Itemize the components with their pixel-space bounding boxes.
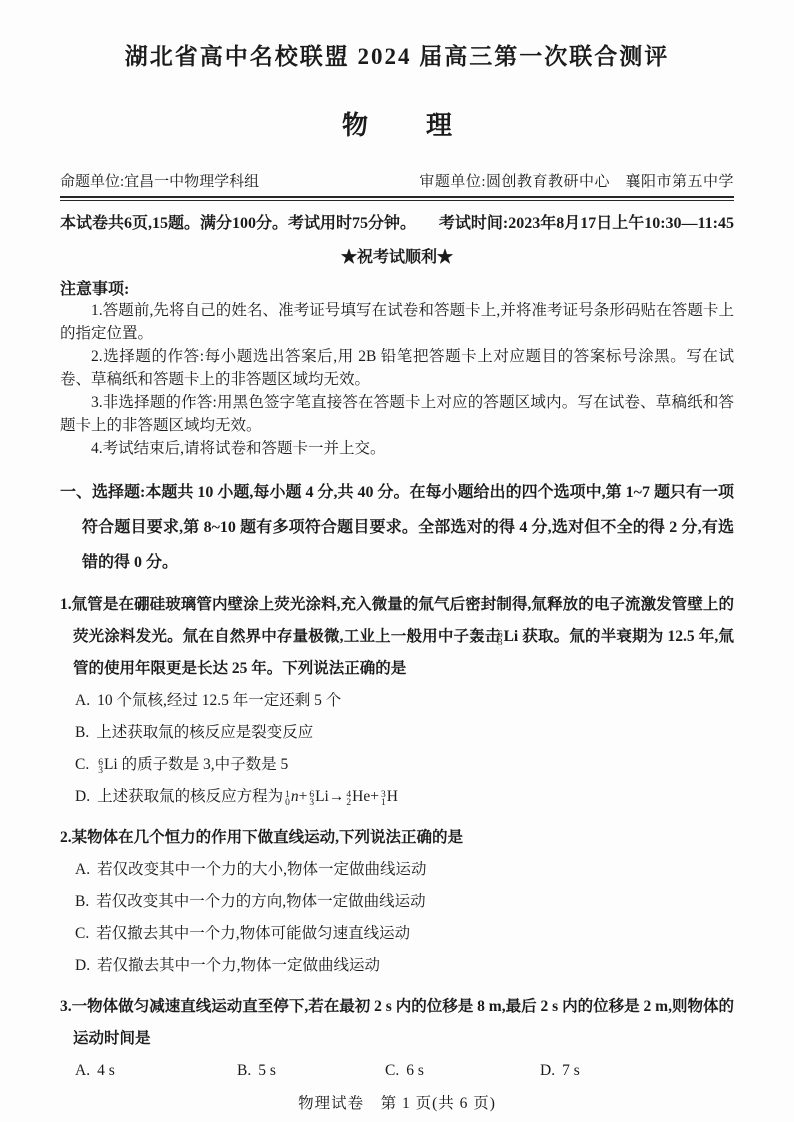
option-text: 5 s [258,1062,276,1079]
option-c: C.63Li 的质子数是 3,中子数是 5 [60,749,734,781]
nuclide-notation: 10n [283,788,299,805]
option-text: 63Li 的质子数是 3,中子数是 5 [96,756,288,773]
paper-info-row: 本试卷共6页,15题。满分100分。考试用时75分钟。 考试时间:2023年8月… [60,210,734,233]
question-number: 2. [60,829,72,846]
option-b: B.若仅改变其中一个力的方向,物体一定做曲线运动 [60,886,734,918]
option-text: 上述获取氚的核反应是裂变反应 [96,724,313,741]
option-text: 若仅改变其中一个力的大小,物体一定做曲线运动 [97,861,426,878]
option-label: A. [75,692,90,709]
subject-char-1: 物 [342,111,368,140]
option-text: 上述获取氚的核反应方程为10n+63Li→42He+31H [97,788,398,805]
option-a: A.10 个氚核,经过 12.5 年一定还剩 5 个 [60,685,734,717]
nuclide-notation: 42He [344,788,370,805]
question-stem: 3.一物体做匀减速直线运动直至停下,若在最初 2 s 内的位移是 8 m,最后 … [60,991,734,1055]
question-stem: 1.氚管是在硼硅玻璃管内壁涂上荧光涂料,充入微量的氚气后密封制得,氚释放的电子流… [60,589,734,685]
subject-char-2: 理 [426,111,452,140]
option-label: C. [385,1062,399,1079]
option-text: 6 s [406,1062,424,1079]
question-stem: 2.某物体在几个恒力的作用下做直线运动,下列说法正确的是 [60,822,734,854]
exam-paper-page: 湖北省高中名校联盟 2024 届高三第一次联合测评 物理 命题单位:宜昌一中物理… [0,0,794,1122]
setter-unit: 命题单位:宜昌一中物理学科组 [60,170,259,191]
page-footer: 物理试卷 第 1 页(共 6 页) [60,1091,734,1113]
option-d: D.若仅撤去其中一个力,物体一定做曲线运动 [60,950,734,982]
option-label: B. [75,724,89,741]
option-label: D. [540,1062,555,1079]
option-c: C.6 s [385,1055,540,1087]
option-text: 10 个氚核,经过 12.5 年一定还剩 5 个 [97,692,341,709]
notice-heading: 注意事项: [60,276,734,299]
option-label: A. [75,1062,90,1079]
notice-item: 4.考试结束后,请将试卷和答题卡一并上交。 [60,437,734,460]
nuclide-notation: 63Li [96,756,118,773]
options-row: A.4 sB.5 sC.6 sD.7 s [60,1055,734,1087]
question-number: 3. [60,998,72,1015]
reviewer-unit: 审题单位:圆创教育教研中心 襄阳市第五中学 [419,170,734,191]
nuclide-notation: 63Li [501,628,519,645]
question-stem-text: 氚管是在硼硅玻璃管内壁涂上荧光涂料,充入微量的氚气后密封制得,氚释放的电子流激发… [72,596,734,677]
option-label: D. [75,957,90,974]
option-text: 若仅改变其中一个力的方向,物体一定做曲线运动 [96,893,425,910]
option-text: 若仅撤去其中一个力,物体可能做匀速直线运动 [96,925,410,942]
notice-item: 3.非选择题的作答:用黑色签字笔直接答在答题卡上对应的答题区域内。写在试卷、草稿… [60,391,734,437]
unit-row: 命题单位:宜昌一中物理学科组 审题单位:圆创教育教研中心 襄阳市第五中学 [60,170,734,191]
question-stem-text: 一物体做匀减速直线运动直至停下,若在最初 2 s 内的位移是 8 m,最后 2 … [72,998,734,1047]
question-stem-text: 某物体在几个恒力的作用下做直线运动,下列说法正确的是 [72,829,463,846]
option-label: C. [75,756,89,773]
option-a: A.4 s [75,1055,237,1087]
notice-item: 2.选择题的作答:每小题选出答案后,用 2B 铅笔把答题卡上对应题目的答案标号涂… [60,345,734,391]
option-d: D.7 s [540,1055,580,1087]
option-label: C. [75,925,89,942]
double-rule-divider [60,196,734,201]
question-3: 3.一物体做匀减速直线运动直至停下,若在最初 2 s 内的位移是 8 m,最后 … [60,991,734,1087]
question-number: 1. [60,596,72,613]
question-2: 2.某物体在几个恒力的作用下做直线运动,下列说法正确的是 A.若仅改变其中一个力… [60,822,734,982]
nuclide-notation: 63Li [307,788,329,805]
exam-time: 考试时间:2023年8月17日上午10:30—11:45 [439,210,734,233]
exam-title: 湖北省高中名校联盟 2024 届高三第一次联合测评 [60,38,734,71]
notice-item: 1.答题前,先将自己的姓名、准考证号填写在试卷和答题卡上,并将准考证号条形码贴在… [60,299,734,345]
option-text: 4 s [97,1062,115,1079]
option-label: B. [75,893,89,910]
option-b: B.上述获取氚的核反应是裂变反应 [60,717,734,749]
option-text: 若仅撤去其中一个力,物体一定做曲线运动 [97,957,380,974]
exam-wish: ★祝考试顺利★ [60,244,734,267]
option-d: D.上述获取氚的核反应方程为10n+63Li→42He+31H [60,781,734,813]
option-label: D. [75,788,90,805]
option-label: A. [75,861,90,878]
option-b: B.5 s [237,1055,385,1087]
option-c: C.若仅撤去其中一个力,物体可能做匀速直线运动 [60,918,734,950]
section-heading: 一、选择题:本题共 10 小题,每小题 4 分,共 40 分。在每小题给出的四个… [60,475,734,580]
option-text: 7 s [562,1062,580,1079]
paper-info: 本试卷共6页,15题。满分100分。考试用时75分钟。 [60,210,416,233]
question-1: 1.氚管是在硼硅玻璃管内壁涂上荧光涂料,充入微量的氚气后密封制得,氚释放的电子流… [60,589,734,813]
nuclide-notation: 31H [379,788,398,805]
subject-title: 物理 [60,105,734,142]
option-label: B. [237,1062,251,1079]
option-a: A.若仅改变其中一个力的大小,物体一定做曲线运动 [60,854,734,886]
